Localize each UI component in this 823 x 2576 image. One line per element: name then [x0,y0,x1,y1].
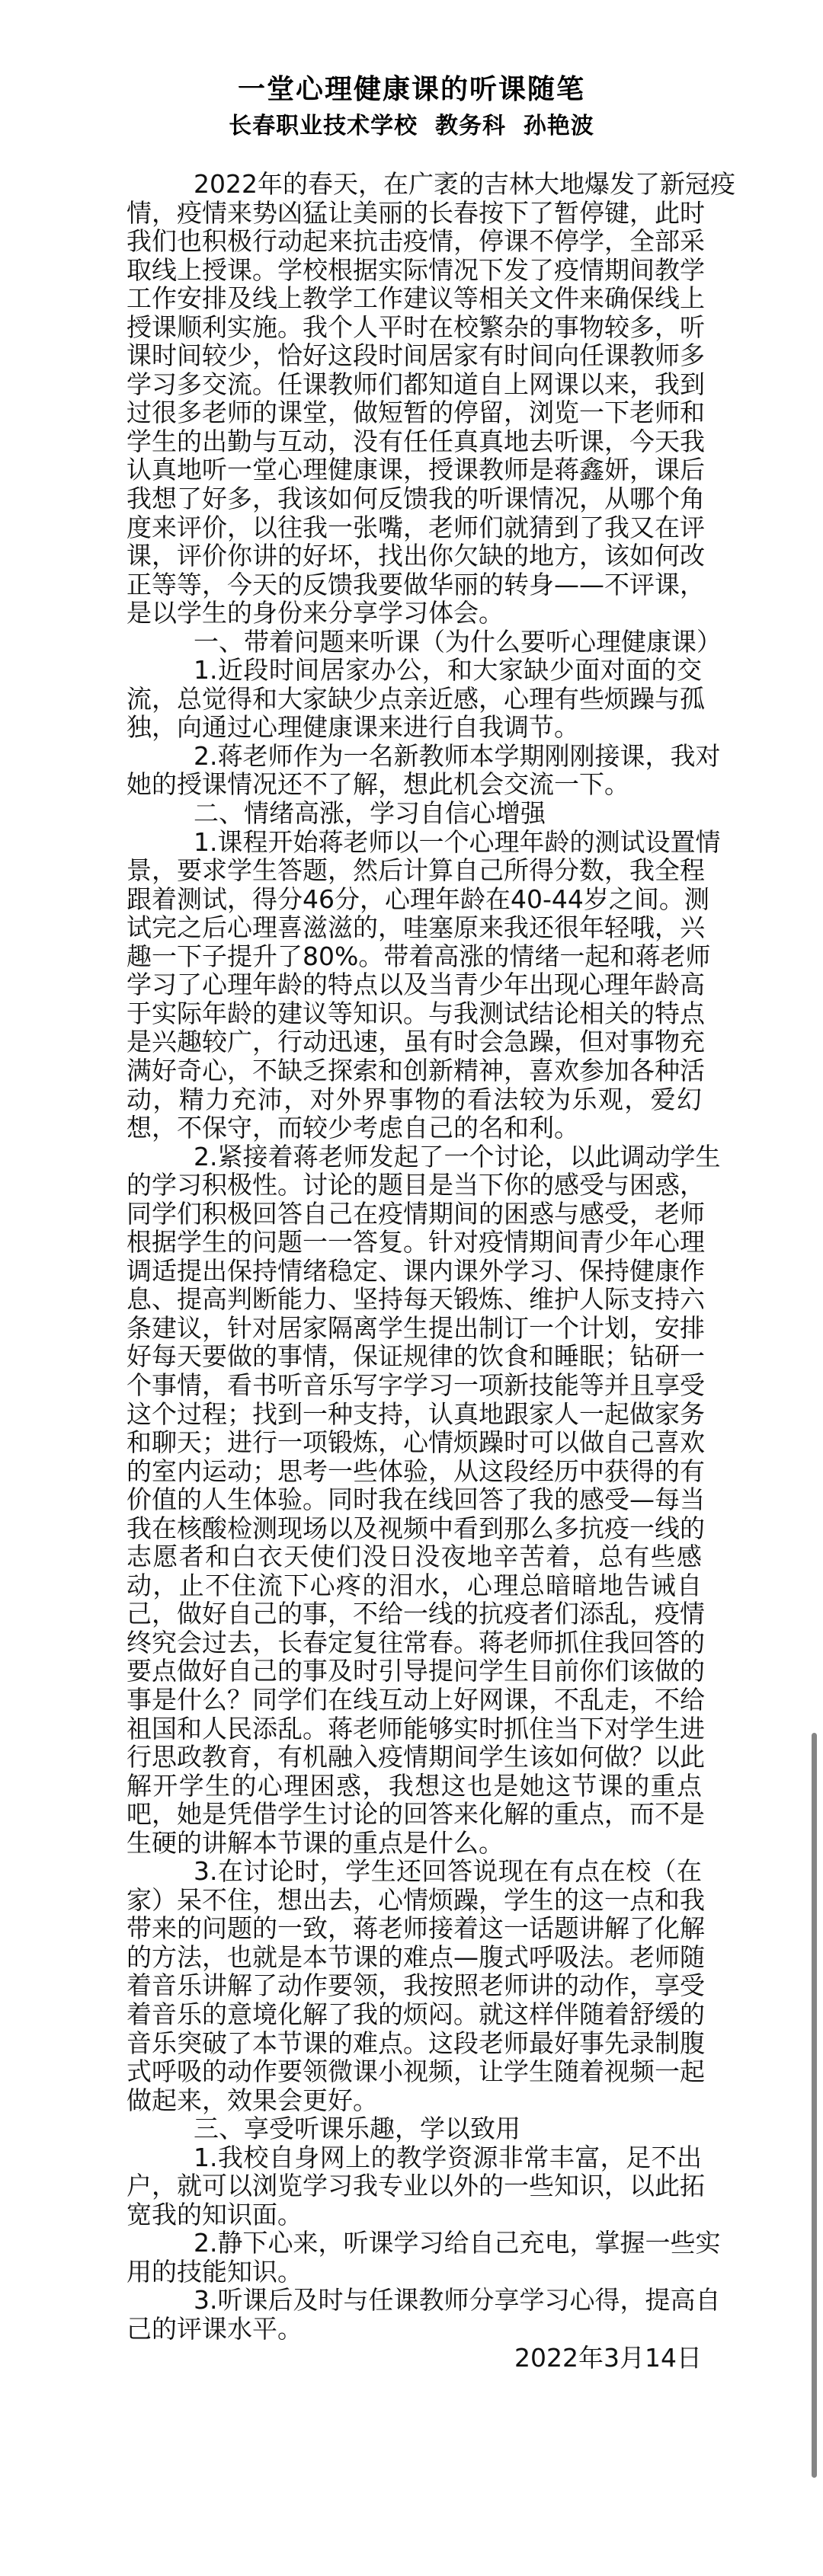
text-line: 调适提出保持情绪稳定、课内课外学习、保持健康作 [126,1257,702,1286]
text-line: 用的技能知识。 [126,2258,702,2287]
section-heading: 一、带着问题来听课（为什么要听心理健康课） [126,628,702,657]
text-line: 1.近段时间居家办公，和大家缺少面对面的交 [126,656,702,685]
paragraph: 1.课程开始蒋老师以一个心理年龄的测试设置情景，要求学生答题，然后计算自己所得分… [126,828,702,1143]
text-line: 家）呆不住，想出去，心情烦躁，学生的这一点和我 [126,1886,702,1915]
text-line: 试完之后心理喜滋滋的，哇塞原来我还很年轻哦，兴 [126,913,702,942]
text-line: 的室内运动；思考一些体验，从这段经历中获得的有 [126,1457,702,1486]
text-line: 景，要求学生答题，然后计算自己所得分数，我全程 [126,856,702,885]
paragraph: 3.在讨论时，学生还回答说现在有点在校（在家）呆不住，想出去，心情烦躁，学生的这… [126,1857,702,2114]
text-line: 课时间较少，恰好这段时间居家有时间向任课教师多 [126,341,702,370]
text-line: 我想了好多，我该如何反馈我的听课情况，从哪个角 [126,484,702,513]
text-line: 过很多老师的课堂，做短暂的停留，浏览一下老师和 [126,398,702,427]
paragraph: 3.听课后及时与任课教师分享学习心得，提高自己的评课水平。 [126,2286,702,2343]
text-line: 志愿者和白衣天使们没日没夜地辛苦着，总有些感 [126,1542,702,1571]
text-line: 3.在讨论时，学生还回答说现在有点在校（在 [126,1857,702,1886]
section-heading: 三、享受听课乐趣，学以致用 [126,2114,702,2143]
vertical-scrollbar[interactable] [812,1733,817,2478]
text-line: 解开学生的心理困惑，我想这也是她这节课的重点 [126,1772,702,1801]
document-byline: 长春职业技术学校 教务科 孙艳波 [0,111,823,142]
text-line: 1.我校自身网上的教学资源非常丰富，足不出 [126,2143,702,2172]
text-line: 带来的问题的一致，蒋老师接着这一话题讲解了化解 [126,1914,702,1943]
text-line: 音乐突破了本节课的难点。这段老师最好事先录制腹 [126,2029,702,2058]
text-line: 独，向通过心理健康课来进行自我调节。 [126,713,702,742]
text-line: 息、提高判断能力、坚持每天锻炼、维护人际支持六 [126,1285,702,1314]
text-line: 动，精力充沛，对外界事物的看法较为乐观，爱幻 [126,1085,702,1114]
text-line: 的方法，也就是本节课的难点—腹式呼吸法。老师随 [126,1943,702,1972]
text-line: 工作安排及线上教学工作建议等相关文件来确保线上 [126,284,702,313]
text-line: 着音乐讲解了动作要领，我按照老师讲的动作，享受 [126,1971,702,2000]
text-line: 宽我的知识面。 [126,2200,702,2229]
text-line: 己，做好自己的事，不给一线的抗疫者们添乱，疫情 [126,1600,702,1628]
text-line: 学生的出勤与互动，没有任任真真地去听课，今天我 [126,427,702,456]
text-line: 学习了心理年龄的特点以及当青少年出现心理年龄高 [126,970,702,999]
text-line: 2022年的春天，在广袤的吉林大地爆发了新冠疫 [126,170,702,199]
text-line: 情，疫情来势凶猛让美丽的长春按下了暂停键，此时 [126,199,702,228]
text-line: 2.蒋老师作为一名新教师本学期刚刚接课，我对 [126,742,702,771]
text-line: 正等等，今天的反馈我要做华丽的转身——不评课， [126,570,702,599]
text-line: 学习多交流。任课教师们都知道自上网课以来，我到 [126,370,702,399]
text-line: 同学们积极回答自己在疫情期间的困惑与感受，老师 [126,1200,702,1229]
section-heading: 二、情绪高涨，学习自信心增强 [126,799,702,828]
text-line: 流，总觉得和大家缺少点亲近感，心理有些烦躁与孤 [126,685,702,714]
paragraph: 2.紧接着蒋老师发起了一个讨论，以此调动学生的学习积极性。讨论的题目是当下你的感… [126,1143,702,1858]
text-line: 授课顺利实施。我个人平时在校繁杂的事物较多，听 [126,313,702,342]
text-line: 生硬的讲解本节课的重点是什么。 [126,1829,702,1858]
text-line: 课，评价你讲的好坏，找出你欠缺的地方，该如何改 [126,542,702,570]
text-line: 事是什么？同学们在线互动上好网课，不乱走，不给 [126,1686,702,1715]
text-line: 三、享受听课乐趣，学以致用 [126,2114,702,2143]
text-line: 终究会过去，长春定复往常春。蒋老师抓住我回答的 [126,1628,702,1657]
text-line: 条建议，针对居家隔离学生提出制订一个计划，安排 [126,1314,702,1343]
text-line: 3.听课后及时与任课教师分享学习心得，提高自 [126,2286,702,2315]
text-line: 想，不保守，而较少考虑自己的名和利。 [126,1114,702,1143]
text-line: 好每天要做的事情，保证规律的饮食和睡眠；钻研一 [126,1342,702,1371]
text-line: 2.紧接着蒋老师发起了一个讨论，以此调动学生 [126,1143,702,1171]
text-line: 认真地听一堂心理健康课，授课教师是蒋鑫妍，课后 [126,455,702,484]
text-line: 着音乐的意境化解了我的烦闷。就这样伴随着舒缓的 [126,2000,702,2029]
text-line: 和聊天；进行一项锻炼，心情烦躁时可以做自己喜欢 [126,1428,702,1457]
text-line: 式呼吸的动作要领微课小视频，让学生随着视频一起 [126,2057,702,2086]
text-line: 跟着测试，得分46分，心理年龄在40-44岁之间。测 [126,885,702,914]
document-body: 2022年的春天，在广袤的吉林大地爆发了新冠疫情，疫情来势凶猛让美丽的长春按下了… [126,170,702,2372]
text-line: 价值的人生体验。同时我在线回答了我的感受—每当 [126,1485,702,1514]
text-line: 做起来，效果会更好。 [126,2086,702,2115]
text-line: 是以学生的身份来分享学习体会。 [126,599,702,628]
text-line: 己的评课水平。 [126,2315,702,2344]
text-line: 动，止不住流下心疼的泪水，心理总暗暗地告诫自 [126,1571,702,1600]
text-line: 度来评价，以往我一张嘴，老师们就猜到了我又在评 [126,513,702,542]
document-date: 2022年3月14日 [126,2344,702,2373]
text-line: 要点做好自己的事及时引导提问学生目前你们该做的 [126,1657,702,1686]
document-title: 一堂心理健康课的听课随笔 [0,72,823,108]
text-line: 这个过程；找到一种支持，认真地跟家人一起做家务 [126,1400,702,1429]
text-line: 1.课程开始蒋老师以一个心理年龄的测试设置情 [126,828,702,857]
text-line: 祖国和人民添乱。蒋老师能够实时抓住当下对学生进 [126,1715,702,1743]
text-line: 吧，她是凭借学生讨论的回答来化解的重点，而不是 [126,1800,702,1829]
paragraph: 1.近段时间居家办公，和大家缺少面对面的交流，总觉得和大家缺少点亲近感，心理有些… [126,656,702,742]
text-line: 我们也积极行动起来抗击疫情，停课不停学，全部采 [126,227,702,256]
text-line: 趣一下子提升了80%。带着高涨的情绪一起和蒋老师 [126,942,702,971]
text-line: 我在核酸检测现场以及视频中看到那么多抗疫一线的 [126,1514,702,1543]
text-line: 二、情绪高涨，学习自信心增强 [126,799,702,828]
paragraph: 2.静下心来，听课学习给自己充电，掌握一些实用的技能知识。 [126,2229,702,2286]
text-line: 是兴趣较广，行动迅速，虽有时会急躁，但对事物充 [126,1028,702,1056]
text-line: 2.静下心来，听课学习给自己充电，掌握一些实 [126,2229,702,2258]
paragraph: 1.我校自身网上的教学资源非常丰富，足不出户，就可以浏览学习我专业以外的一些知识… [126,2143,702,2229]
text-line: 根据学生的问题一一答复。针对疫情期间青少年心理 [126,1228,702,1257]
text-line: 满好奇心，不缺乏探索和创新精神，喜欢参加各种活 [126,1056,702,1085]
text-line: 于实际年龄的建议等知识。与我测试结论相关的特点 [126,999,702,1028]
text-line: 的学习积极性。讨论的题目是当下你的感受与困惑， [126,1171,702,1200]
text-line: 户，就可以浏览学习我专业以外的一些知识，以此拓 [126,2172,702,2200]
paragraph: 2022年的春天，在广袤的吉林大地爆发了新冠疫情，疫情来势凶猛让美丽的长春按下了… [126,170,702,628]
text-line: 她的授课情况还不了解，想此机会交流一下。 [126,770,702,799]
paragraph: 2.蒋老师作为一名新教师本学期刚刚接课，我对她的授课情况还不了解，想此机会交流一… [126,742,702,799]
text-line: 行思政教育，有机融入疫情期间学生该如何做？以此 [126,1743,702,1772]
text-line: 取线上授课。学校根据实际情况下发了疫情期间教学 [126,256,702,285]
text-line: 一、带着问题来听课（为什么要听心理健康课） [126,628,702,657]
document-page: 一堂心理健康课的听课随笔 长春职业技术学校 教务科 孙艳波 2022年的春天，在… [0,0,823,2576]
text-line: 个事情，看书听音乐写字学习一项新技能等并且享受 [126,1371,702,1400]
